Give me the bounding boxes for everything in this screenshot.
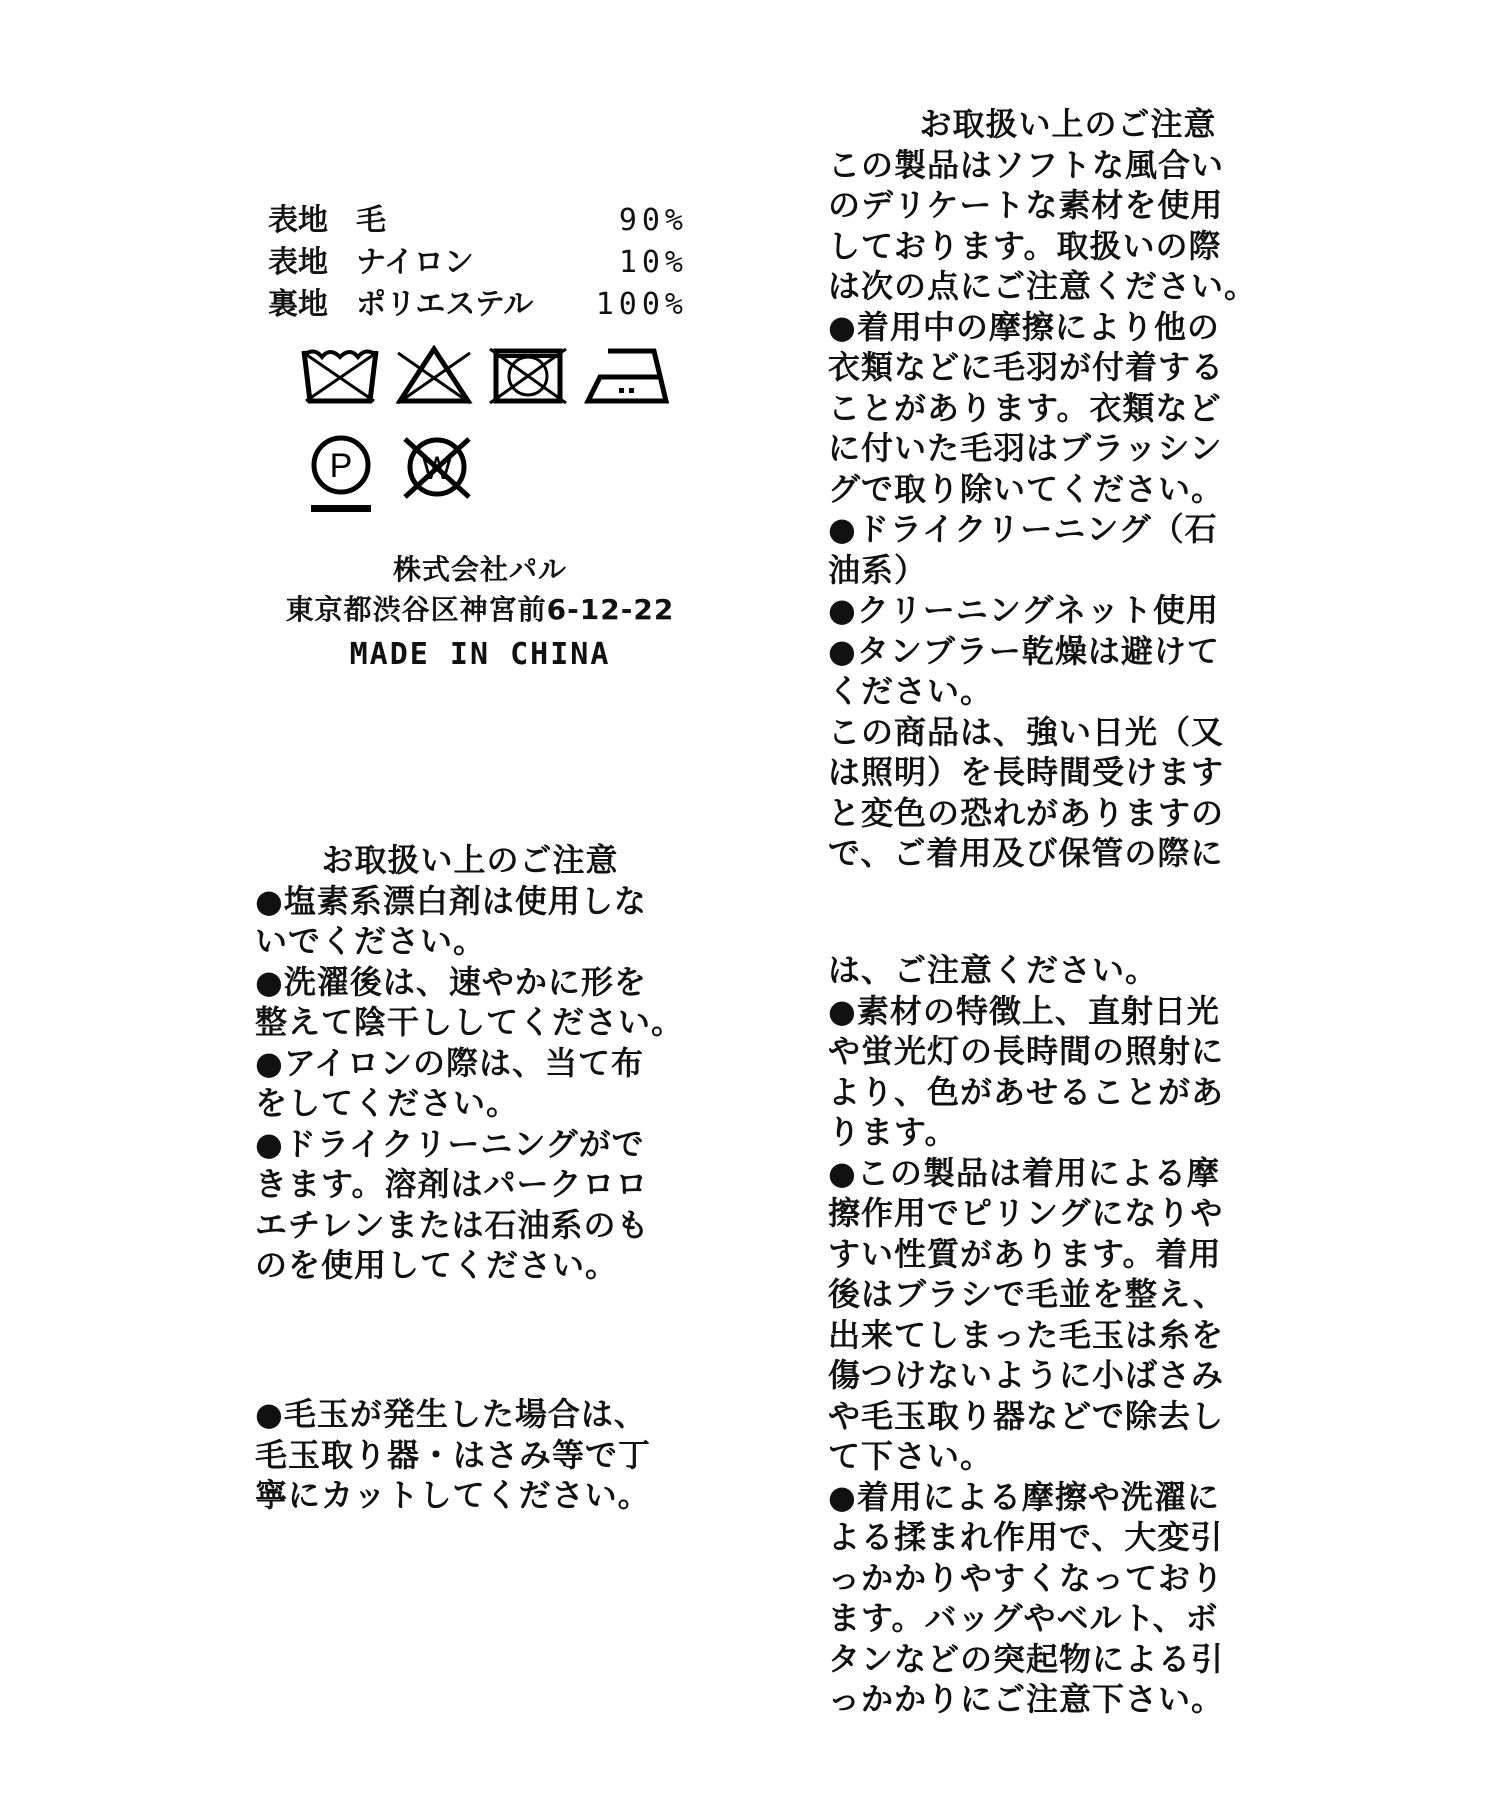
note-line: ●着用中の摩擦により他の	[828, 307, 1288, 348]
note-line: や蛍光灯の長時間の照射に	[828, 1031, 1288, 1072]
note-line: エチレンまたは石油系のも	[255, 1205, 715, 1246]
note-line: て下さい。	[828, 1436, 1288, 1477]
note-line: に付いた毛羽はブラッシン	[828, 428, 1288, 469]
note-line: 整えて陰干ししてください。	[255, 1002, 715, 1043]
note-line: のを使用してください。	[255, 1245, 715, 1286]
note-line: っかかりやすくなっており	[828, 1558, 1288, 1599]
note-line: や毛玉取り器などで除去し	[828, 1396, 1288, 1437]
note-line: いでください。	[255, 921, 715, 962]
note-line: 毛玉取り器・はさみ等で丁	[255, 1435, 715, 1476]
section-heading: お取扱い上のご注意	[828, 104, 1288, 145]
note-line: ●洗濯後は、速やかに形を	[255, 962, 715, 1003]
wet-clean-prohibited-icon: W	[399, 435, 475, 501]
note-line: しております。取扱いの際	[828, 226, 1288, 267]
note-line: は照明）を長時間受けます	[828, 752, 1288, 793]
composition-percent: 100%	[556, 284, 688, 326]
note-line: ことがあります。衣類など	[828, 388, 1288, 429]
composition-row: 表地 毛 90%	[268, 200, 688, 242]
note-line: で、ご着用及び保管の際に	[828, 833, 1288, 874]
note-line: ●アイロンの際は、当て布	[255, 1043, 715, 1084]
note-line: ●クリーニングネット使用	[828, 590, 1288, 631]
composition-material: ナイロン	[356, 242, 556, 284]
note-line: 油系）	[828, 550, 1288, 591]
note-line: 寧にカットしてください。	[255, 1475, 715, 1516]
composition-part: 裏地	[268, 284, 356, 326]
bleach-prohibited-icon	[394, 345, 474, 407]
composition-row: 表地 ナイロン 10%	[268, 242, 688, 284]
note-line: と変色の恐れがありますの	[828, 793, 1288, 834]
note-line: より、色があせることがあ	[828, 1072, 1288, 1113]
composition-percent: 90%	[556, 200, 688, 242]
composition-part: 表地	[268, 200, 356, 242]
composition-row: 裏地 ポリエステル 100%	[268, 284, 688, 326]
company-address: 東京都渋谷区神宮前6-12-22	[260, 590, 700, 630]
hand-wash-prohibited-icon	[300, 345, 380, 407]
care-symbols-row-1	[300, 345, 672, 407]
note-line: は、ご注意ください。	[828, 950, 1288, 991]
note-line: 後はブラシで毛並を整え、	[828, 1274, 1288, 1315]
note-line: ●ドライクリーニングがで	[255, 1124, 715, 1165]
right-care-notes-top: お取扱い上のご注意 この製品はソフトな風合い のデリケートな素材を使用 しており…	[828, 104, 1288, 874]
note-line: ●素材の特徴上、直射日光	[828, 991, 1288, 1032]
svg-text:P: P	[330, 447, 353, 485]
note-line: ●タンブラー乾燥は避けて	[828, 631, 1288, 672]
note-line: タンなどの突起物による引	[828, 1639, 1288, 1680]
note-line: ●着用による摩擦や洗濯に	[828, 1477, 1288, 1518]
note-line: ●ドライクリーニング（石	[828, 509, 1288, 550]
note-line: きます。溶剤はパークロロ	[255, 1164, 715, 1205]
note-line: すい性質があります。着用	[828, 1234, 1288, 1275]
note-line: ます。バッグやベルト、ボ	[828, 1598, 1288, 1639]
note-line: をしてください。	[255, 1083, 715, 1124]
care-symbols-row-2: P W	[305, 435, 475, 515]
fiber-composition-table: 表地 毛 90% 表地 ナイロン 10% 裏地 ポリエステル 100%	[268, 200, 688, 326]
note-line: は次の点にご注意ください。	[828, 266, 1288, 307]
country-of-origin: MADE IN CHINA	[260, 630, 700, 680]
note-line: っかかりにご注意下さい。	[828, 1679, 1288, 1720]
company-info: 株式会社パル 東京都渋谷区神宮前6-12-22 MADE IN CHINA	[260, 550, 700, 680]
note-line: ください。	[828, 671, 1288, 712]
note-line: この製品はソフトな風合い	[828, 145, 1288, 186]
composition-material: 毛	[356, 200, 556, 242]
right-care-notes-bottom: は、ご注意ください。 ●素材の特徴上、直射日光 や蛍光灯の長時間の照射に より、…	[828, 950, 1288, 1720]
left-care-notes: お取扱い上のご注意 ●塩素系漂白剤は使用しな いでください。 ●洗濯後は、速やか…	[255, 840, 715, 1286]
note-line: 出来てしまった毛玉は糸を	[828, 1315, 1288, 1356]
note-line: 擦作用でピリングになりや	[828, 1193, 1288, 1234]
note-line: ●毛玉が発生した場合は、	[255, 1394, 715, 1435]
dry-clean-p-gentle-icon: P	[305, 435, 377, 515]
section-heading: お取扱い上のご注意	[255, 840, 715, 881]
note-line: よる揉まれ作用で、大変引	[828, 1517, 1288, 1558]
composition-material: ポリエステル	[356, 284, 556, 326]
composition-percent: 10%	[556, 242, 688, 284]
note-line: ●塩素系漂白剤は使用しな	[255, 881, 715, 922]
note-line: ●この製品は着用による摩	[828, 1153, 1288, 1194]
note-line: ります。	[828, 1112, 1288, 1153]
iron-medium-icon	[582, 345, 672, 407]
note-line: 衣類などに毛羽が付着する	[828, 347, 1288, 388]
note-line: この商品は、強い日光（又	[828, 712, 1288, 753]
company-name: 株式会社パル	[260, 550, 700, 590]
tumble-dry-prohibited-icon	[488, 345, 568, 407]
note-line: のデリケートな素材を使用	[828, 185, 1288, 226]
composition-part: 表地	[268, 242, 356, 284]
note-line: グで取り除いてください。	[828, 469, 1288, 510]
note-line: 傷つけないように小ばさみ	[828, 1355, 1288, 1396]
left-care-notes-pilling: ●毛玉が発生した場合は、 毛玉取り器・はさみ等で丁 寧にカットしてください。	[255, 1394, 715, 1516]
